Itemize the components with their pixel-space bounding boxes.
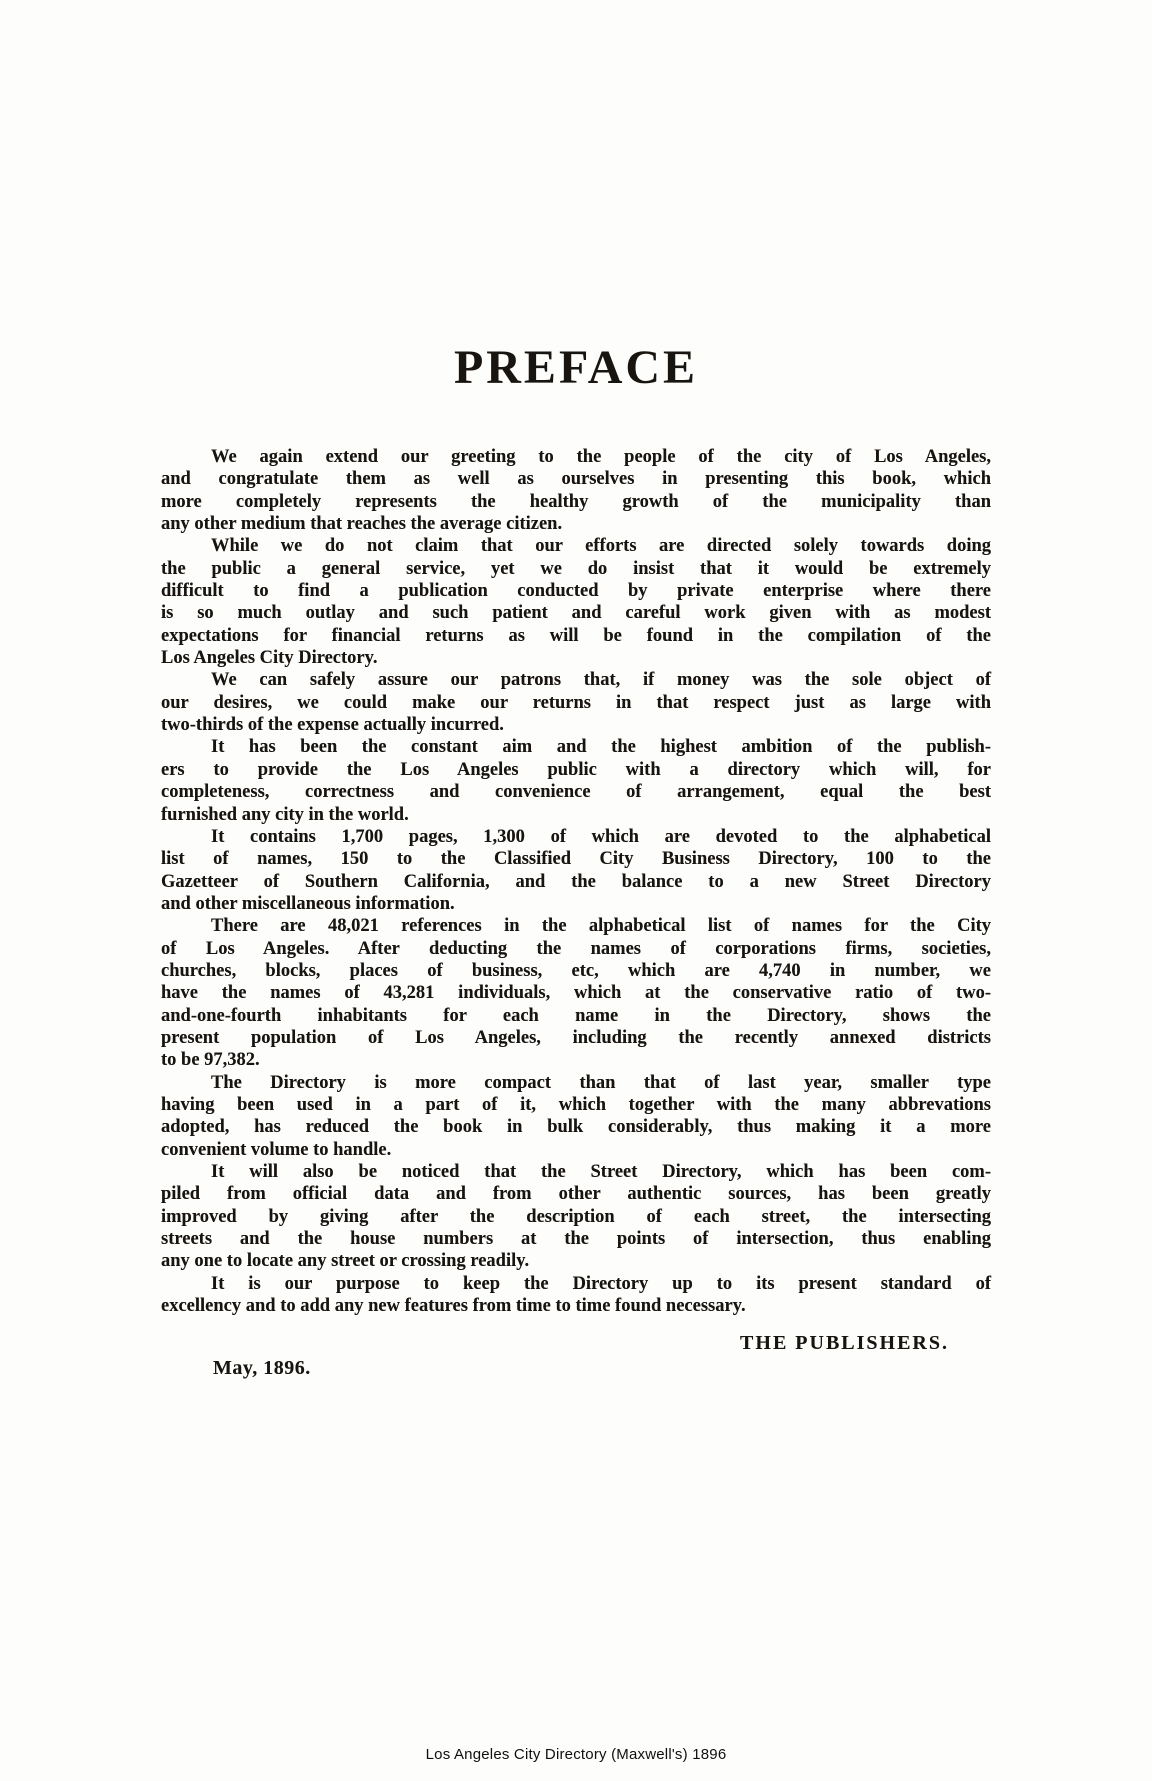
text-line: to be 97,382. bbox=[161, 1049, 991, 1071]
paragraph: We again extend our greeting to the peop… bbox=[161, 446, 991, 535]
text-line: furnished any city in the world. bbox=[161, 804, 991, 826]
text-line: is so much outlay and such patient and c… bbox=[161, 602, 991, 624]
text-line: improved by giving after the description… bbox=[161, 1206, 991, 1228]
text-line: difficult to find a publication conducte… bbox=[161, 580, 991, 602]
signature-line: THE PUBLISHERS. bbox=[161, 1331, 991, 1355]
text-line: We can safely assure our patrons that, i… bbox=[161, 669, 991, 691]
text-line: convenient volume to handle. bbox=[161, 1139, 991, 1161]
text-line: and-one-fourth inhabitants for each name… bbox=[161, 1005, 991, 1027]
text-line: completeness, correctness and convenienc… bbox=[161, 781, 991, 803]
text-line: While we do not claim that our efforts a… bbox=[161, 535, 991, 557]
text-line: present population of Los Angeles, inclu… bbox=[161, 1027, 991, 1049]
text-line: It is our purpose to keep the Directory … bbox=[161, 1273, 991, 1295]
preface-body: We again extend our greeting to the peop… bbox=[161, 446, 991, 1317]
footer-caption: Los Angeles City Directory (Maxwell's) 1… bbox=[0, 1746, 1152, 1763]
paragraph: We can safely assure our patrons that, i… bbox=[161, 669, 991, 736]
text-line: have the names of 43,281 individuals, wh… bbox=[161, 982, 991, 1004]
paragraph: It is our purpose to keep the Directory … bbox=[161, 1273, 991, 1318]
text-line: We again extend our greeting to the peop… bbox=[161, 446, 991, 468]
paragraph: There are 48,021 references in the alpha… bbox=[161, 915, 991, 1071]
text-line: the public a general service, yet we do … bbox=[161, 558, 991, 580]
paragraph: It contains 1,700 pages, 1,300 of which … bbox=[161, 826, 991, 915]
text-line: Los Angeles City Directory. bbox=[161, 647, 991, 669]
paragraph: It has been the constant aim and the hig… bbox=[161, 736, 991, 825]
paragraph: It will also be noticed that the Street … bbox=[161, 1161, 991, 1273]
text-line: It will also be noticed that the Street … bbox=[161, 1161, 991, 1183]
text-line: two-thirds of the expense actually incur… bbox=[161, 714, 991, 736]
text-line: churches, blocks, places of business, et… bbox=[161, 960, 991, 982]
text-line: The Directory is more compact than that … bbox=[161, 1072, 991, 1094]
text-line: It contains 1,700 pages, 1,300 of which … bbox=[161, 826, 991, 848]
text-line: expectations for financial returns as wi… bbox=[161, 625, 991, 647]
paragraph: The Directory is more compact than that … bbox=[161, 1072, 991, 1161]
text-line: adopted, has reduced the book in bulk co… bbox=[161, 1116, 991, 1138]
text-line: our desires, we could make our returns i… bbox=[161, 692, 991, 714]
text-line: excellency and to add any new features f… bbox=[161, 1295, 991, 1317]
text-line: of Los Angeles. After deducting the name… bbox=[161, 938, 991, 960]
paragraph: While we do not claim that our efforts a… bbox=[161, 535, 991, 669]
text-line: list of names, 150 to the Classified Cit… bbox=[161, 848, 991, 870]
text-line: having been used in a part of it, which … bbox=[161, 1094, 991, 1116]
text-line: Gazetteer of Southern California, and th… bbox=[161, 871, 991, 893]
text-line: any other medium that reaches the averag… bbox=[161, 513, 991, 535]
text-line: streets and the house numbers at the poi… bbox=[161, 1228, 991, 1250]
text-line: piled from official data and from other … bbox=[161, 1183, 991, 1205]
text-line: It has been the constant aim and the hig… bbox=[161, 736, 991, 758]
text-line: ers to provide the Los Angeles public wi… bbox=[161, 759, 991, 781]
page-title: PREFACE bbox=[161, 342, 991, 395]
text-line: more completely represents the healthy g… bbox=[161, 491, 991, 513]
document-page: PREFACE We again extend our greeting to … bbox=[0, 0, 1152, 1781]
text-line: There are 48,021 references in the alpha… bbox=[161, 915, 991, 937]
text-line: and congratulate them as well as ourselv… bbox=[161, 468, 991, 490]
date-line: May, 1896. bbox=[161, 1356, 311, 1380]
text-line: and other miscellaneous information. bbox=[161, 893, 991, 915]
text-line: any one to locate any street or crossing… bbox=[161, 1250, 991, 1272]
